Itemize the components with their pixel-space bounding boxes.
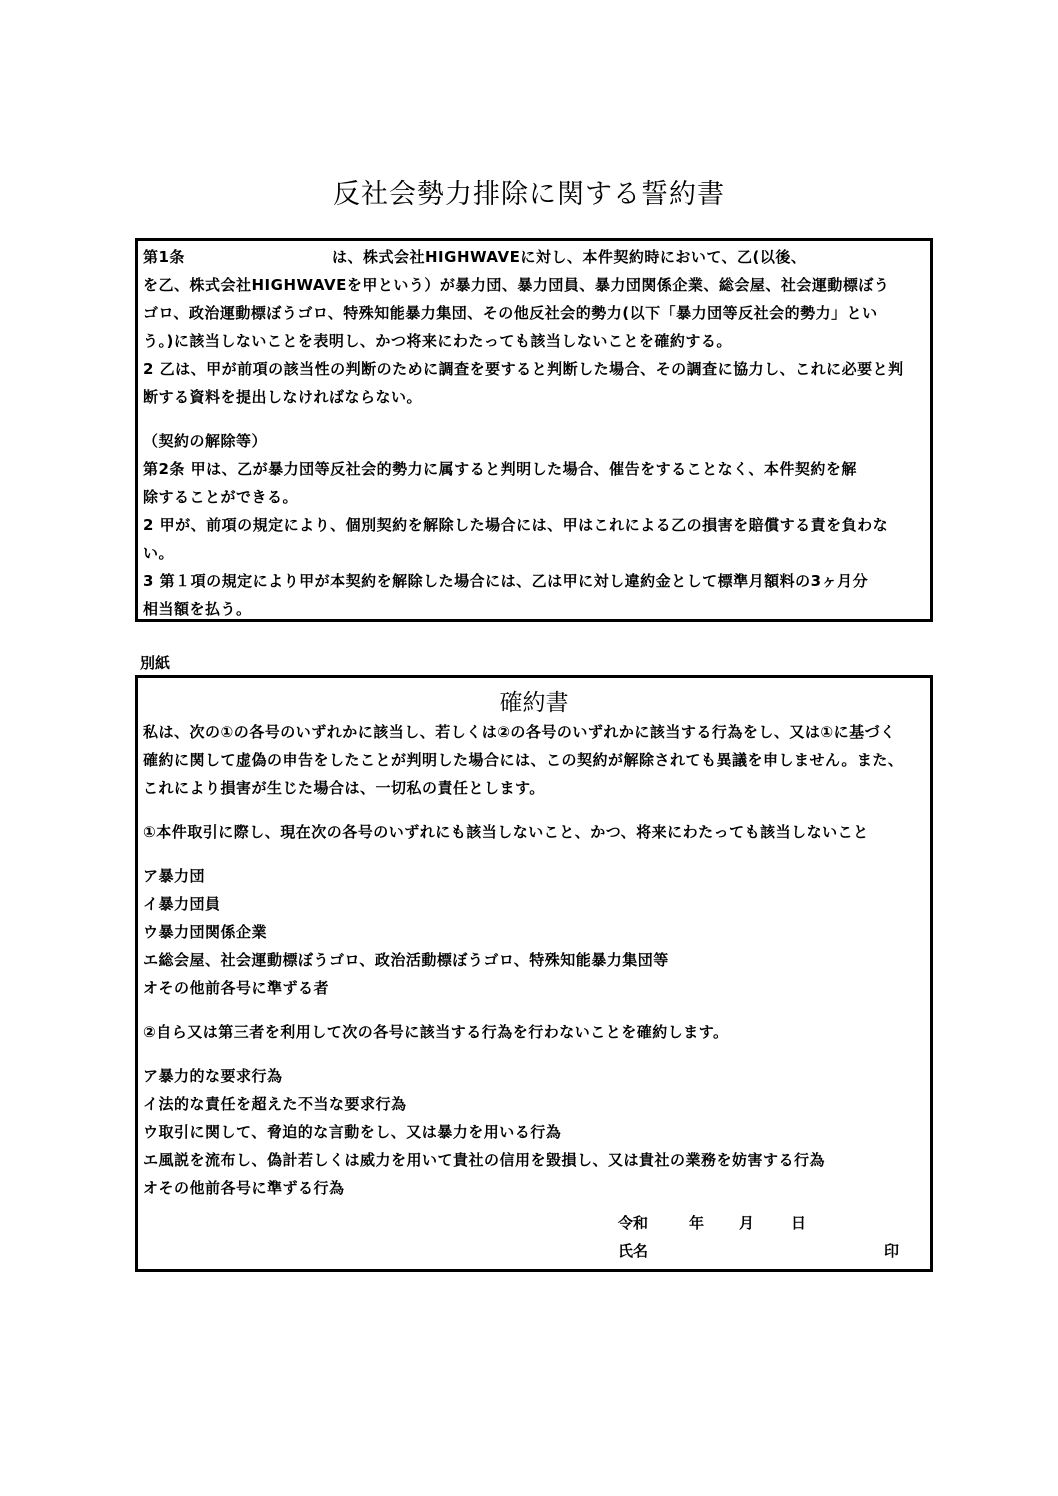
- attachment-label: 別紙: [140, 652, 170, 673]
- signature-year: 年: [689, 1212, 704, 1233]
- pledge-box: 第1条は、株式会社HIGHWAVEに対し、本件契約時において、乙(以後、を乙、株…: [135, 238, 933, 622]
- confirmation-line: ウ取引に関して、脅迫的な言動をし、又は暴力を用いる行為: [143, 1122, 561, 1142]
- signature-era: 令和: [618, 1212, 648, 1233]
- pledge-line: 断する資料を提出しなければならない。: [143, 387, 422, 407]
- confirmation-line: 私は、次の①の各号のいずれかに該当し、若しくは②の各号のいずれかに該当する行為を…: [143, 722, 896, 742]
- signature-name-label: 氏名: [618, 1240, 648, 1261]
- pledge-line: 3 第１項の規定により甲が本契約を解除した場合には、乙は甲に対し違約金として標準…: [143, 571, 868, 591]
- signature-day: 日: [791, 1212, 806, 1233]
- pledge-line: ゴロ、政治運動標ぼうゴロ、特殊知能暴力集団、その他反社会的勢力(以下「暴力団等反…: [143, 303, 878, 323]
- pledge-line: 除することができる。: [143, 487, 298, 507]
- pledge-line: 第2条 甲は、乙が暴力団等反社会的勢力に属すると判明した場合、催告をすることなく…: [143, 459, 857, 479]
- confirmation-line: イ暴力団員: [143, 894, 221, 914]
- pledge-line: 第1条: [143, 247, 185, 267]
- document-title: 反社会勢力排除に関する誓約書: [0, 172, 1058, 211]
- confirmation-box: 確約書 令和 年 月 日 氏名 印 私は、次の①の各号のいずれかに該当し、若しく…: [135, 675, 933, 1272]
- confirmation-line: 確約に関して虚偽の申告をしたことが判明した場合には、この契約が解除されても異議を…: [143, 750, 903, 770]
- confirmation-line: エ風説を流布し、偽計若しくは威力を用いて貴社の信用を毀損し、又は貴社の業務を妨害…: [143, 1150, 825, 1170]
- confirmation-line: ア暴力団: [143, 866, 205, 886]
- signature-seal: 印: [884, 1240, 899, 1261]
- pledge-line: う。)に該当しないことを表明し、かつ将来にわたっても該当しないことを確約する。: [143, 331, 732, 351]
- confirmation-line: オその他前各号に準ずる行為: [143, 1178, 345, 1198]
- pledge-line: は、株式会社HIGHWAVEに対し、本件契約時において、乙(以後、: [332, 247, 806, 267]
- confirmation-title: 確約書: [138, 684, 930, 717]
- confirmation-line: オその他前各号に準ずる者: [143, 978, 329, 998]
- confirmation-line: エ総会屋、社会運動標ぼうゴロ、政治活動標ぼうゴロ、特殊知能暴力集団等: [143, 950, 669, 970]
- confirmation-line: イ法的な責任を超えた不当な要求行為: [143, 1094, 407, 1114]
- pledge-line: （契約の解除等）: [143, 431, 267, 451]
- signature-month: 月: [739, 1212, 754, 1233]
- confirmation-line: ②自ら又は第三者を利用して次の各号に該当する行為を行わないことを確約します。: [143, 1022, 729, 1042]
- confirmation-line: これにより損害が生じた場合は、一切私の責任とします。: [143, 778, 545, 798]
- pledge-line: 相当額を払う。: [143, 599, 252, 619]
- confirmation-line: ①本件取引に際し、現在次の各号のいずれにも該当しないこと、かつ、将来にわたっても…: [143, 822, 869, 842]
- pledge-line: 2 乙は、甲が前項の該当性の判断のために調査を要すると判断した場合、その調査に協…: [143, 359, 904, 379]
- confirmation-line: ア暴力的な要求行為: [143, 1066, 283, 1086]
- pledge-line: い。: [143, 543, 174, 563]
- confirmation-line: ウ暴力団関係企業: [143, 922, 267, 942]
- pledge-line: 2 甲が、前項の規定により、個別契約を解除した場合には、甲はこれによる乙の損害を…: [143, 515, 888, 535]
- pledge-line: を乙、株式会社HIGHWAVEを甲という）が暴力団、暴力団員、暴力団関係企業、総…: [143, 275, 889, 295]
